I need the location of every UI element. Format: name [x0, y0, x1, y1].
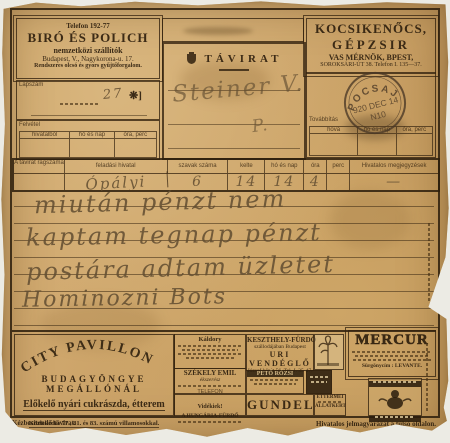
figure-icon	[369, 387, 421, 409]
mid-top-box	[162, 18, 304, 42]
ad-figure-graphic	[368, 378, 422, 416]
felvetel-col-label: óra, perc	[115, 132, 156, 139]
micro-text	[182, 349, 238, 351]
recipient-handwriting: Steiner V.	[171, 70, 305, 107]
col-header: óra	[304, 160, 327, 173]
micro-text-light	[373, 381, 417, 383]
tovabbitas-label: Továbbítás	[309, 117, 338, 123]
micro-text	[355, 355, 428, 357]
ad-mercur: MERCUR Sürgönycím : LEVANTE.	[348, 330, 436, 377]
divider	[31, 115, 147, 116]
tree-icon	[315, 335, 341, 367]
felvetel-col: hó és nap	[70, 132, 114, 157]
city-line3: Előkelő nyári cukrászda, étterem	[23, 399, 164, 411]
micro-text	[318, 401, 342, 403]
micro-text	[352, 351, 432, 353]
postmark-time: N10	[369, 109, 387, 123]
micro-text-light	[310, 376, 328, 378]
micro-text	[178, 353, 242, 355]
footer-left-note: Kézbesítendő távirat.	[12, 419, 76, 427]
col-header: kelte	[228, 160, 265, 173]
ad-szekely-emil: SZÉKELY EMIL ékszerész TELEFON	[174, 368, 246, 394]
lapszam-value: 27	[102, 86, 124, 103]
micro-text	[428, 223, 430, 303]
cell-ora: 4	[304, 174, 327, 190]
col-header: A távirat ragszáma	[14, 160, 65, 173]
ad-city-pavillon: CITY PAVILLON BUDAGYÖNGYE MEGÁLLÓNÁL Elő…	[14, 334, 175, 416]
ad-dark-chip	[306, 370, 332, 394]
city-pavillon-title: CITY PAVILLON	[18, 338, 156, 375]
printer-imprint	[426, 220, 432, 306]
mercur-tagline: Sürgönycím : LEVANTE.	[349, 363, 435, 369]
micro-text	[254, 383, 296, 385]
micro-text-light	[375, 416, 415, 418]
felvetel-col-label: hivatalból	[20, 132, 69, 139]
felvetel-col-label: hó és nap	[70, 132, 113, 139]
message-rule	[14, 325, 434, 326]
micro-text	[426, 343, 428, 413]
ad-biro-phone: Telefon 192-77	[17, 22, 159, 30]
micro-text	[178, 421, 242, 423]
ad-hungaria-furdo: Vidékiek! A HUNGÁRIA-FÜRDŐ	[174, 394, 246, 416]
telegram-scan: Telefon 192-77 BIRÓ ÉS POLICH nemzetközi…	[0, 0, 450, 443]
kaldory-title: Káldory	[175, 336, 245, 343]
ruled-line	[168, 124, 300, 125]
ad-tree-graphic	[314, 334, 344, 370]
ad-kaldory: Káldory	[174, 334, 246, 369]
city-pavillon-arch: CITY PAVILLON	[16, 335, 172, 375]
gundel-title: GUNDEL	[247, 397, 313, 413]
gundel-right1: ÉTTERMEI	[315, 395, 345, 400]
flourish-handwriting: P.	[251, 115, 271, 137]
ad-kocsi-line2: GÉPZSIR	[307, 37, 435, 53]
ad-kocsi-line1: KOCSIKENŐCS,	[307, 21, 435, 37]
tavirat-header: TÁVIRAT	[164, 44, 304, 71]
micro-text-light	[311, 381, 328, 383]
city-line2: MEGÁLLÓNÁL	[15, 384, 173, 394]
peto-title: PETŐ RÓZSI	[247, 371, 303, 377]
ad-biro-sub: nemzetközi szállítók	[17, 46, 159, 55]
micro-text	[250, 379, 300, 381]
ad-kocsi-line3: VAS MÉRNÖK, BPEST,	[307, 53, 435, 62]
cell-perc	[327, 174, 350, 190]
col-header: hó és nap	[265, 160, 304, 173]
cell-megjegyzes: —	[350, 174, 438, 190]
crest-icon	[186, 52, 197, 65]
ad-keszthely-furdo: KESZTHELY-FÜRDŐ szállodájában Budapest U…	[246, 334, 314, 371]
felvetel-box: Felvétel hivatalból hó és nap óra, perc	[16, 120, 160, 160]
micro-text	[186, 357, 235, 359]
ad-biro-address: Budapest, V., Nagykorona-u. 17.	[17, 55, 159, 63]
faded-print	[60, 103, 100, 105]
col-header: perc	[327, 160, 350, 173]
ad-biro-es-polich: Telefon 192-77 BIRÓ ÉS POLICH nemzetközi…	[16, 18, 160, 79]
tavirat-box: TÁVIRAT Steiner V. P.	[162, 42, 306, 160]
title-underline	[219, 69, 249, 71]
svg-text:CITY PAVILLON: CITY PAVILLON	[18, 338, 156, 375]
gundel-right2: ÁLLATKERT	[315, 404, 345, 409]
message-line-4: Hominozni Bots	[22, 284, 227, 313]
aged-paper: Telefon 192-77 BIRÓ ÉS POLICH nemzetközi…	[0, 0, 450, 443]
col-header: feladási hivatal	[65, 160, 168, 173]
ad-biro-tagline: Rendszeres olcsó és gyors gyűjtőforgalom…	[17, 63, 159, 69]
mercur-title: MERCUR	[349, 332, 435, 349]
col-header: szavak száma	[168, 160, 229, 173]
felvetel-col: óra, perc	[115, 132, 156, 157]
faint-marking	[183, 27, 253, 35]
stamp-mark-icon: ❋]	[129, 89, 142, 102]
lapszam-label: Lapszám	[19, 82, 43, 88]
felvetel-col: hivatalból	[20, 132, 70, 157]
ruled-line	[168, 148, 300, 149]
videkiek-subtitle: A HUNGÁRIA-FÜRDŐ	[175, 413, 245, 419]
printer-imprint	[424, 340, 430, 416]
felvetel-label: Felvétel	[19, 122, 40, 128]
szekely-title: SZÉKELY EMIL	[175, 369, 245, 377]
ad-gundel-right: ÉTTERMEI ÁLLATKERT	[314, 394, 346, 416]
szekely-subtitle: ékszerész	[175, 377, 245, 383]
message-line-2: kaptam tegnap pénzt	[26, 218, 322, 251]
micro-text	[353, 359, 430, 361]
col-header: Hivatalos megjegyzések	[350, 160, 438, 173]
keszthely-main: URI VENDÉGLŐ	[247, 350, 313, 368]
micro-text	[178, 345, 242, 347]
ad-gundel: GUNDEL	[246, 394, 314, 416]
main-table-header-row: A távirat ragszáma feladási hivatal szav…	[14, 160, 438, 174]
videkiek-title: Vidékiek!	[198, 404, 223, 410]
ad-biro-name: BIRÓ ÉS POLICH	[17, 30, 159, 46]
ad-peto-rozsi: PETŐ RÓZSI	[246, 370, 304, 394]
city-line1: BUDAGYÖNGYE	[15, 374, 173, 384]
footer-right-note: Hivatalos jelmagyarázat a túlsó oldalon.	[248, 420, 436, 428]
tavirat-title: TÁVIRAT	[205, 53, 283, 65]
lapszam-box: Lapszám 27 ❋]	[16, 80, 160, 120]
felvetel-table: hivatalból hó és nap óra, perc	[19, 131, 157, 158]
keszthely-title: KESZTHELY-FÜRDŐ	[247, 336, 313, 344]
cell-ragszam	[14, 174, 65, 190]
micro-text	[178, 385, 242, 387]
